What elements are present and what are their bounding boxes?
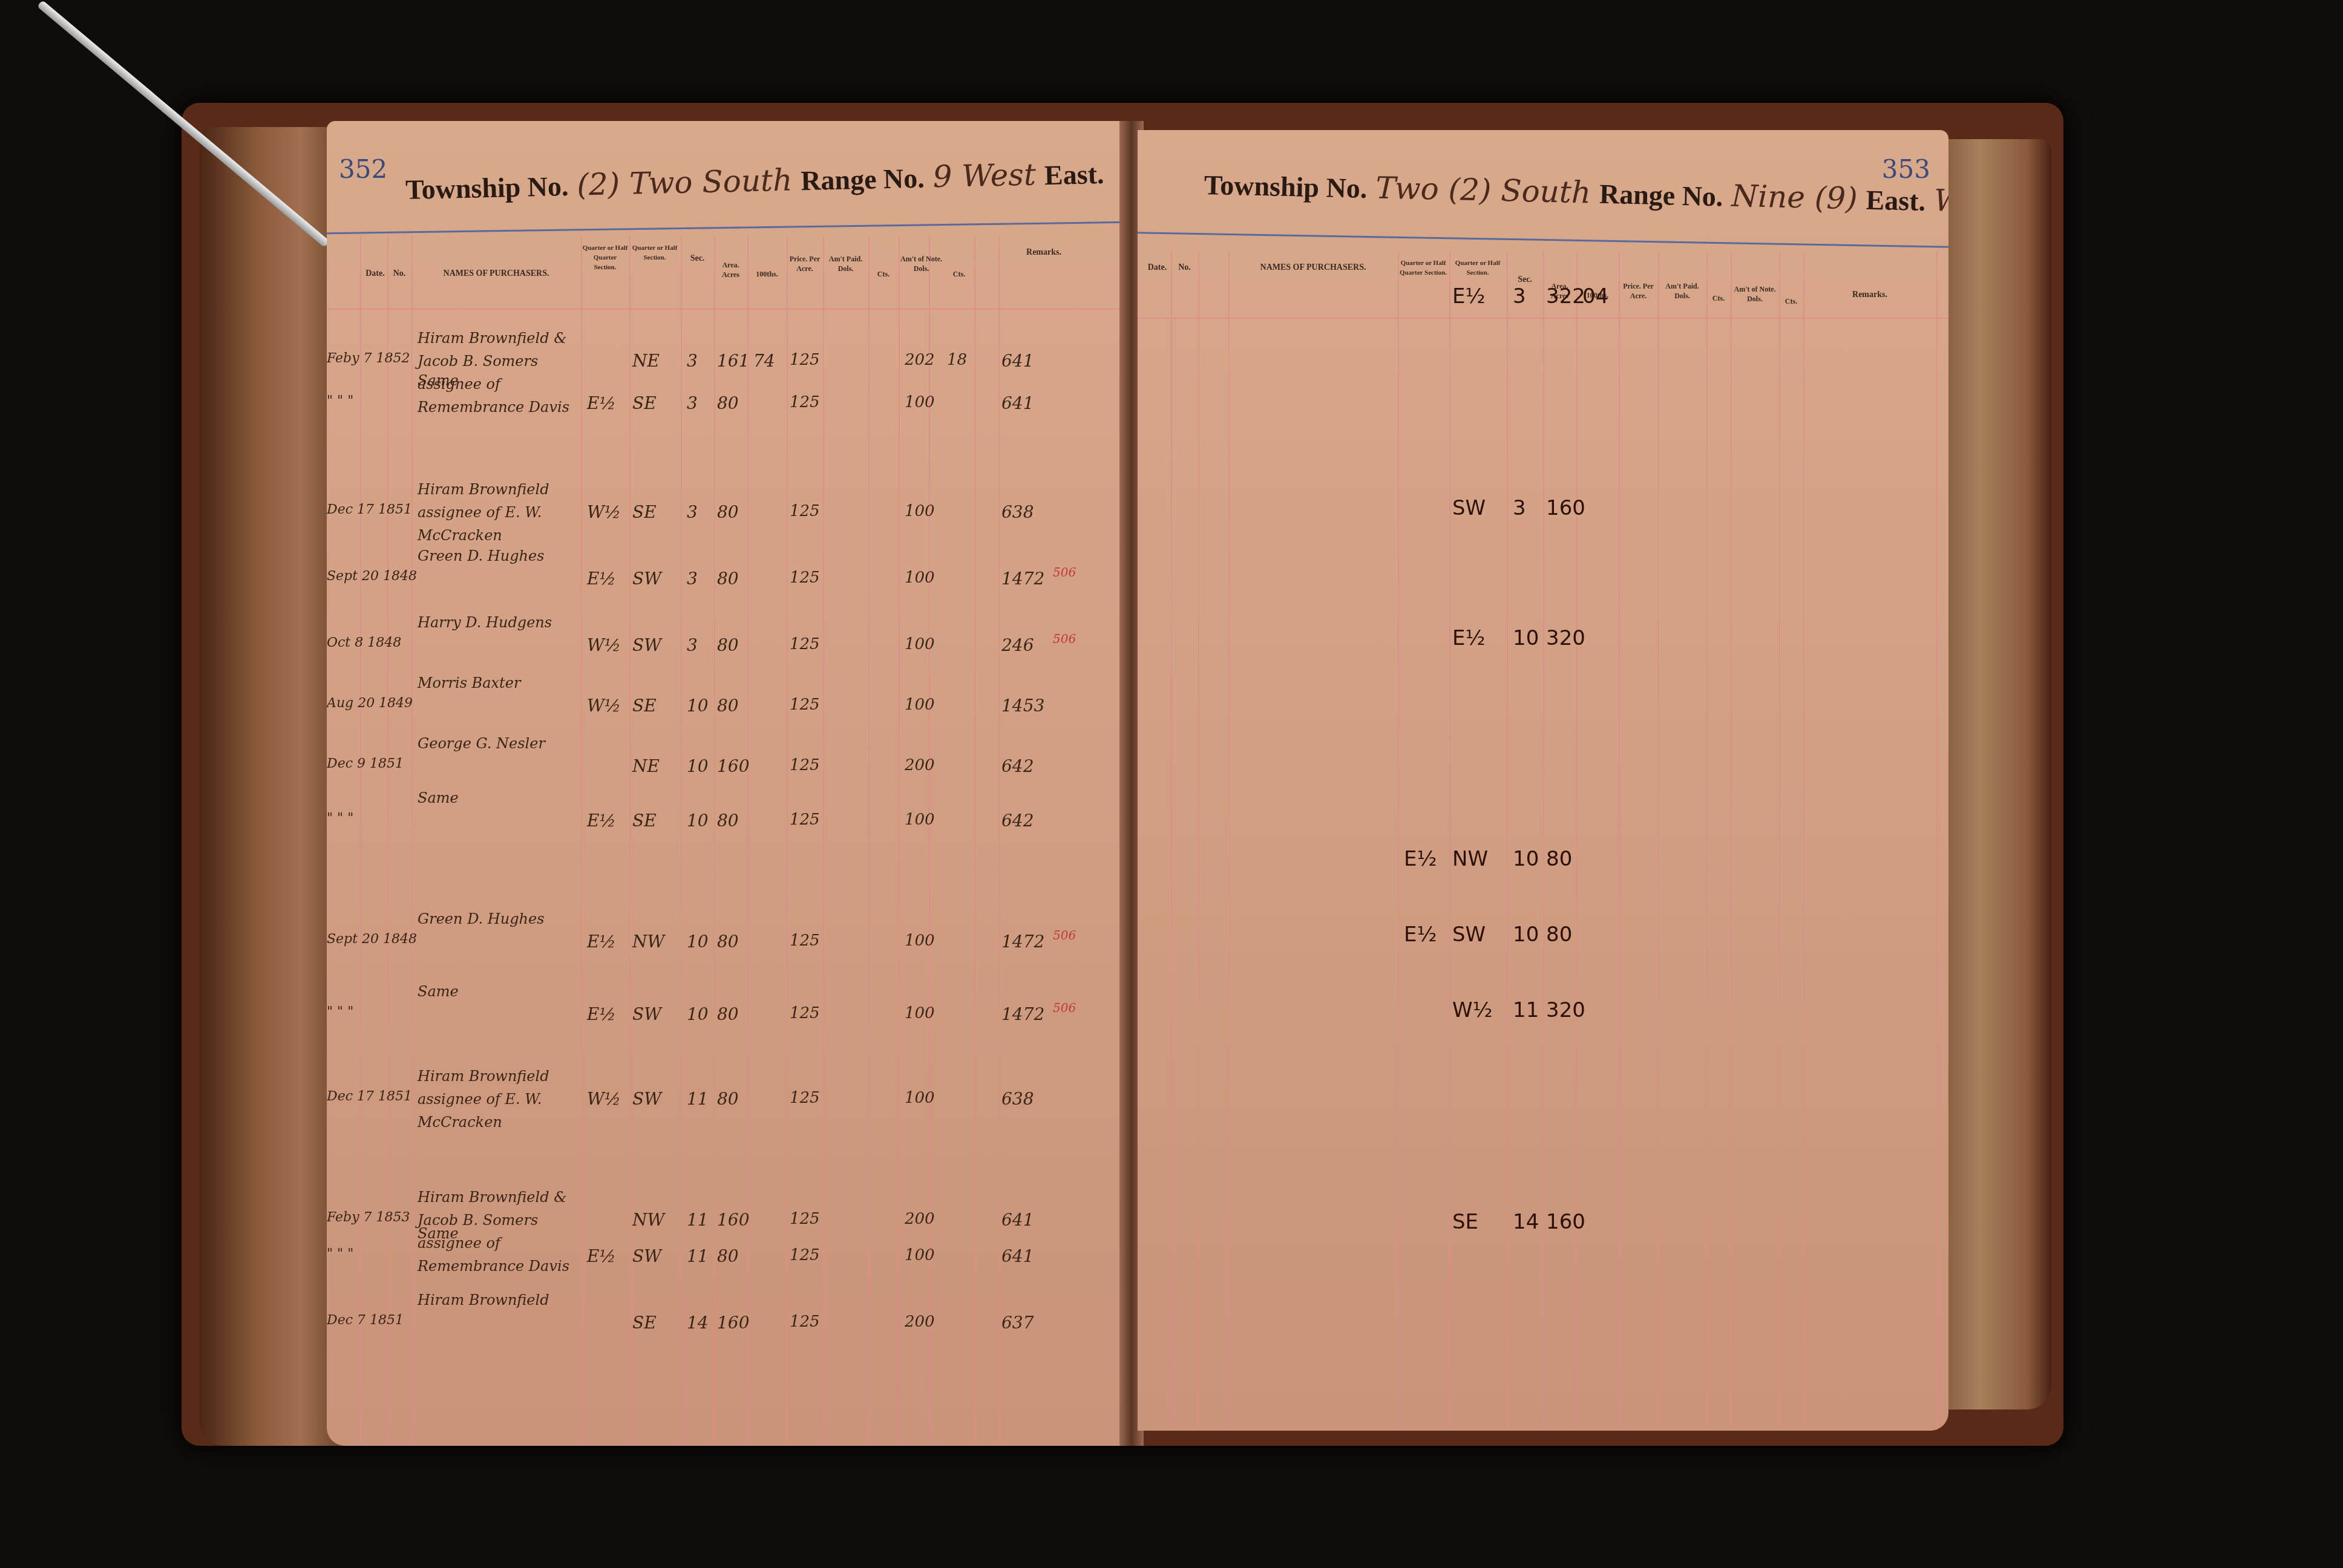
quarter-cell: SW [1452, 496, 1486, 520]
quarter-cell: SE [1452, 1210, 1478, 1234]
acres-cell: 160 [1546, 496, 1585, 520]
name-cell: Hiram Brownfield assignee of E. W. McCra… [418, 478, 575, 547]
remarks-cell: 642 [1001, 811, 1034, 831]
remarks-cell: 641 [1001, 1246, 1034, 1266]
remarks-cell: 641 [1001, 1210, 1034, 1230]
section-cell: 10 [1513, 923, 1539, 947]
section-cell: 3 [1513, 284, 1526, 309]
page-number: 353 [1882, 154, 1930, 184]
date-cell: " " " [327, 1246, 353, 1261]
acres-cell: 320 [1546, 998, 1585, 1022]
acres-cell: 80 [717, 1246, 739, 1266]
acres-cell: 80 [717, 932, 739, 952]
acres-cell: 80 [717, 502, 739, 522]
section-cell: 11 [687, 1089, 709, 1109]
paid-cell: 100 [905, 569, 935, 587]
township-value: (2) Two South [577, 163, 793, 203]
section-cell: 10 [1513, 847, 1539, 871]
quarter-cell: SE [632, 393, 657, 413]
page-title: Township No.Two (2) SouthRange No.Nine (… [1204, 166, 1948, 220]
acres-cell: 322 [1546, 284, 1585, 309]
name-cell: Same [418, 1222, 575, 1245]
price-cell: 125 [790, 1313, 820, 1331]
paid-cell: 100 [905, 1246, 935, 1264]
range-value: 9 West [932, 157, 1037, 194]
remarks-cell: 1472 [1001, 569, 1044, 589]
hundredths-cell: 74 [753, 351, 775, 371]
date-cell: " " " [327, 393, 353, 408]
acres-cell: 80 [717, 569, 739, 589]
quarter-cell: W½ [1452, 998, 1493, 1022]
quarter-cell: SE [632, 502, 657, 522]
price-cell: 125 [790, 635, 820, 653]
date-cell: Dec 9 1851 [327, 756, 404, 771]
section-cell: 10 [687, 756, 709, 776]
date-cell: Aug 20 1849 [327, 696, 413, 711]
direction-value: West [1933, 183, 1948, 220]
remarks-cell: 641 [1001, 393, 1034, 413]
quarter-cell: NE [632, 351, 660, 371]
section-cell: 3 [687, 393, 698, 413]
acres-cell: 80 [717, 635, 739, 655]
price-cell: 125 [790, 811, 820, 829]
right-page: 353 Township No.Two (2) SouthRange No.Ni… [1138, 130, 1948, 1431]
quarter-cell: NE [632, 756, 660, 776]
price-cell: 125 [790, 932, 820, 950]
hundredths-cell: 04 [1582, 284, 1608, 309]
date-cell: " " " [327, 1004, 353, 1019]
ledger-table: Date. No. NAMES OF PURCHASERS. Quarter o… [1138, 251, 1948, 1431]
qq-cell: W½ [587, 696, 621, 716]
paid-cell: 200 [905, 756, 935, 774]
section-cell: 3 [1513, 496, 1526, 520]
page-title: Township No.(2) Two SouthRange No.9 West… [405, 155, 1104, 206]
remarks-cell: 637 [1001, 1313, 1034, 1333]
acres-cell: 320 [1546, 626, 1585, 650]
paid-cell: 100 [905, 1004, 935, 1022]
section-cell: 10 [687, 811, 709, 831]
paid-cell: 100 [905, 502, 935, 520]
price-cell: 125 [790, 351, 820, 369]
price-cell: 125 [790, 756, 820, 774]
remarks-cell: 1472 [1001, 932, 1044, 952]
quarter-cell: SW [632, 569, 661, 589]
section-cell: 11 [687, 1246, 709, 1266]
price-cell: 125 [790, 502, 820, 520]
acres-cell: 160 [717, 1210, 749, 1230]
paid-cell: 100 [905, 635, 935, 653]
price-cell: 125 [790, 1004, 820, 1022]
remarks-red-note: 506 [1053, 565, 1076, 580]
section-cell: 3 [687, 569, 698, 589]
quarter-cell: E½ [1452, 284, 1485, 309]
section-cell: 11 [1513, 998, 1539, 1022]
section-cell: 10 [687, 696, 709, 716]
name-cell: Harry D. Hudgens [418, 611, 575, 634]
section-cell: 3 [687, 351, 698, 371]
cents-cell: 18 [947, 351, 967, 369]
section-cell: 10 [687, 932, 709, 952]
paid-cell: 100 [905, 811, 935, 829]
paid-cell: 100 [905, 393, 935, 411]
header-rule [327, 221, 1126, 234]
remarks-cell: 246 [1001, 635, 1034, 655]
range-value: Nine (9) [1731, 178, 1858, 217]
price-cell: 125 [790, 569, 820, 587]
page-edges-right [1930, 139, 2051, 1410]
remarks-cell: 1472 [1001, 1004, 1044, 1024]
section-cell: 14 [687, 1313, 709, 1333]
date-cell: Sept 20 1848 [327, 569, 417, 584]
township-value: Two (2) South [1375, 170, 1591, 210]
name-cell: Same [418, 980, 575, 1003]
section-cell: 3 [687, 502, 698, 522]
paid-cell: 200 [905, 1210, 935, 1228]
date-cell: Oct 8 1848 [327, 635, 401, 650]
remarks-red-note: 506 [1053, 928, 1076, 942]
qq-cell: E½ [587, 1246, 616, 1266]
acres-cell: 80 [1546, 923, 1572, 947]
date-cell: Dec 7 1851 [327, 1313, 404, 1328]
quarter-cell: SW [632, 1089, 661, 1109]
section-cell: 10 [1513, 626, 1539, 650]
acres-cell: 80 [717, 811, 739, 831]
acres-cell: 80 [717, 696, 739, 716]
quarter-cell: E½ [1452, 626, 1485, 650]
qq-cell: W½ [587, 1089, 621, 1109]
remarks-red-note: 506 [1053, 632, 1076, 646]
date-cell: Feby 7 1852 [327, 351, 410, 366]
date-cell: " " " [327, 811, 353, 826]
quarter-cell: NW [632, 932, 664, 952]
left-page: 352 Township No.(2) Two SouthRange No.9 … [327, 121, 1126, 1446]
name-cell: Same [418, 369, 575, 392]
price-cell: 125 [790, 696, 820, 714]
qq-cell: W½ [587, 635, 621, 655]
name-cell: Hiram Brownfield assignee of E. W. McCra… [418, 1065, 575, 1134]
name-cell: George G. Nesler [418, 732, 575, 755]
remarks-cell: 642 [1001, 756, 1034, 776]
quarter-cell: SW [632, 1004, 661, 1024]
quarter-cell: SW [632, 635, 661, 655]
header-rule [1138, 232, 1948, 247]
section-cell: 10 [687, 1004, 709, 1024]
paid-cell: 100 [905, 1089, 935, 1107]
section-cell: 14 [1513, 1210, 1539, 1234]
qq-cell: E½ [587, 569, 616, 589]
remarks-cell: 1453 [1001, 696, 1044, 716]
price-cell: 125 [790, 1210, 820, 1228]
qq-cell: E½ [587, 811, 616, 831]
paid-cell: 202 [905, 351, 935, 369]
date-cell: Feby 7 1853 [327, 1210, 410, 1225]
qq-cell: E½ [587, 1004, 616, 1024]
acres-cell: 160 [1546, 1210, 1585, 1234]
quarter-cell: NW [1452, 847, 1488, 871]
qq-cell: E½ [1404, 923, 1437, 947]
acres-cell: 160 [717, 756, 749, 776]
remarks-red-note: 506 [1053, 1001, 1076, 1015]
section-cell: 11 [687, 1210, 709, 1230]
acres-cell: 80 [717, 393, 739, 413]
page-number: 352 [339, 154, 387, 184]
remarks-cell: 638 [1001, 1089, 1034, 1109]
name-cell: Same [418, 786, 575, 809]
price-cell: 125 [790, 393, 820, 411]
qq-cell: E½ [587, 393, 616, 413]
name-cell: Hiram Brownfield [418, 1289, 575, 1312]
quarter-cell: SE [632, 811, 657, 831]
paid-cell: 100 [905, 932, 935, 950]
quarter-cell: SE [632, 1313, 657, 1333]
acres-cell: 161 [717, 351, 749, 371]
qq-cell: E½ [1404, 847, 1437, 871]
remarks-cell: 641 [1001, 351, 1034, 371]
remarks-cell: 638 [1001, 502, 1034, 522]
date-cell: Dec 17 1851 [327, 1089, 412, 1104]
name-cell: Green D. Hughes [418, 544, 575, 567]
price-cell: 125 [790, 1246, 820, 1264]
acres-cell: 80 [1546, 847, 1572, 871]
quarter-cell: SE [632, 696, 657, 716]
date-cell: Sept 20 1848 [327, 932, 417, 947]
section-cell: 3 [687, 635, 698, 655]
acres-cell: 80 [717, 1004, 739, 1024]
qq-cell: W½ [587, 502, 621, 522]
acres-cell: 160 [717, 1313, 749, 1333]
qq-cell: E½ [587, 932, 616, 952]
acres-cell: 80 [717, 1089, 739, 1109]
page-edges-left [200, 127, 345, 1446]
quarter-cell: SW [632, 1246, 661, 1266]
price-cell: 125 [790, 1089, 820, 1107]
name-cell: Morris Baxter [418, 671, 575, 694]
quarter-cell: NW [632, 1210, 664, 1230]
paid-cell: 200 [905, 1313, 935, 1331]
paid-cell: 100 [905, 696, 935, 714]
quarter-cell: SW [1452, 923, 1486, 947]
name-cell: Green D. Hughes [418, 907, 575, 930]
date-cell: Dec 17 1851 [327, 502, 412, 517]
